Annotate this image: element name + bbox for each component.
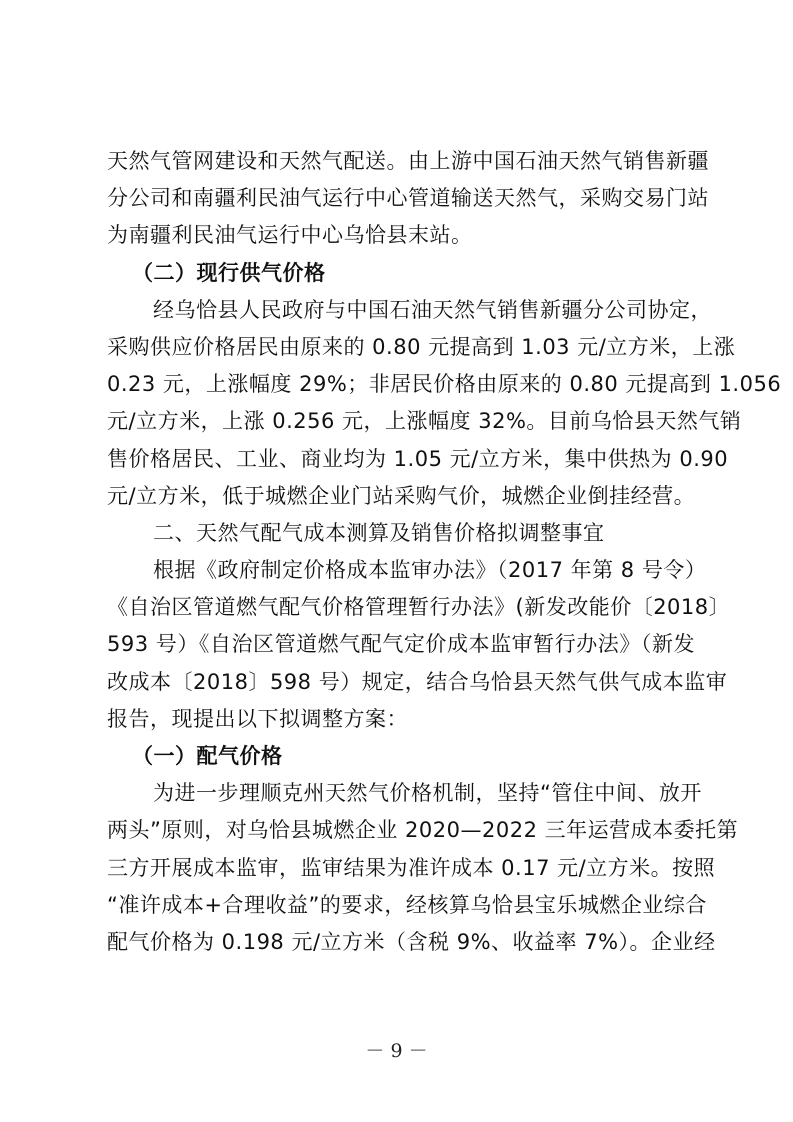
page-number: － 9 －	[0, 1036, 793, 1063]
paragraph-line: 配气价格为 0.198 元/立方米（含税 9%、收益率 7%）。企业经	[107, 924, 695, 961]
paragraph-line: 《自治区管道燃气配气价格管理暂行办法》(新发改能价〔2018〕	[107, 589, 695, 626]
paragraph-line: 售价格居民、工业、商业均为 1.05 元/立方米，集中供热为 0.90	[107, 441, 695, 478]
paragraph-line: 0.23 元，上涨幅度 29%；非居民价格由原来的 0.80 元提高到 1.05…	[107, 366, 695, 403]
paragraph-line: 为南疆利民油气运行中心乌恰县末站。	[107, 217, 695, 254]
paragraph-line: 报告，现提出以下拟调整方案：	[107, 701, 695, 738]
paragraph-line: 三方开展成本监审，监审结果为准许成本 0.17 元/立方米。按照	[107, 850, 695, 887]
paragraph-line: 593 号）《自治区管道燃气配气定价成本监审暂行办法》（新发	[107, 626, 695, 663]
paragraph-line: 经乌恰县人民政府与中国石油天然气销售新疆分公司协定，	[107, 292, 695, 329]
paragraph-line: 改成本〔2018〕598 号）规定，结合乌恰县天然气供气成本监审	[107, 664, 695, 701]
paragraph-line: “准许成本+合理收益”的要求，经核算乌恰县宝乐城燃企业综合	[107, 887, 695, 924]
section-heading-cost-calculation: 二、天然气配气成本测算及销售价格拟调整事宜	[107, 515, 695, 552]
paragraph-line: 分公司和南疆利民油气运行中心管道输送天然气，采购交易门站	[107, 180, 695, 217]
paragraph-line: 元/立方米，低于城燃企业门站采购气价，城燃企业倒挂经营。	[107, 478, 695, 515]
paragraph-line: 根据《政府制定价格成本监审办法》（2017 年第 8 号令）	[107, 552, 695, 589]
paragraph-line: 元/立方米，上涨 0.256 元，上涨幅度 32%。目前乌恰县天然气销	[107, 403, 695, 440]
paragraph-line: 两头”原则，对乌恰县城燃企业 2020—2022 三年运营成本委托第	[107, 812, 695, 849]
document-body: 天然气管网建设和天然气配送。由上游中国石油天然气销售新疆 分公司和南疆利民油气运…	[107, 143, 695, 961]
section-heading-distribution-price: （一）配气价格	[107, 738, 695, 775]
paragraph-line: 天然气管网建设和天然气配送。由上游中国石油天然气销售新疆	[107, 143, 695, 180]
section-heading-current-price: （二）现行供气价格	[107, 255, 695, 292]
paragraph-line: 采购供应价格居民由原来的 0.80 元提高到 1.03 元/立方米，上涨	[107, 329, 695, 366]
paragraph-line: 为进一步理顺克州天然气价格机制，坚持“管住中间、放开	[107, 775, 695, 812]
